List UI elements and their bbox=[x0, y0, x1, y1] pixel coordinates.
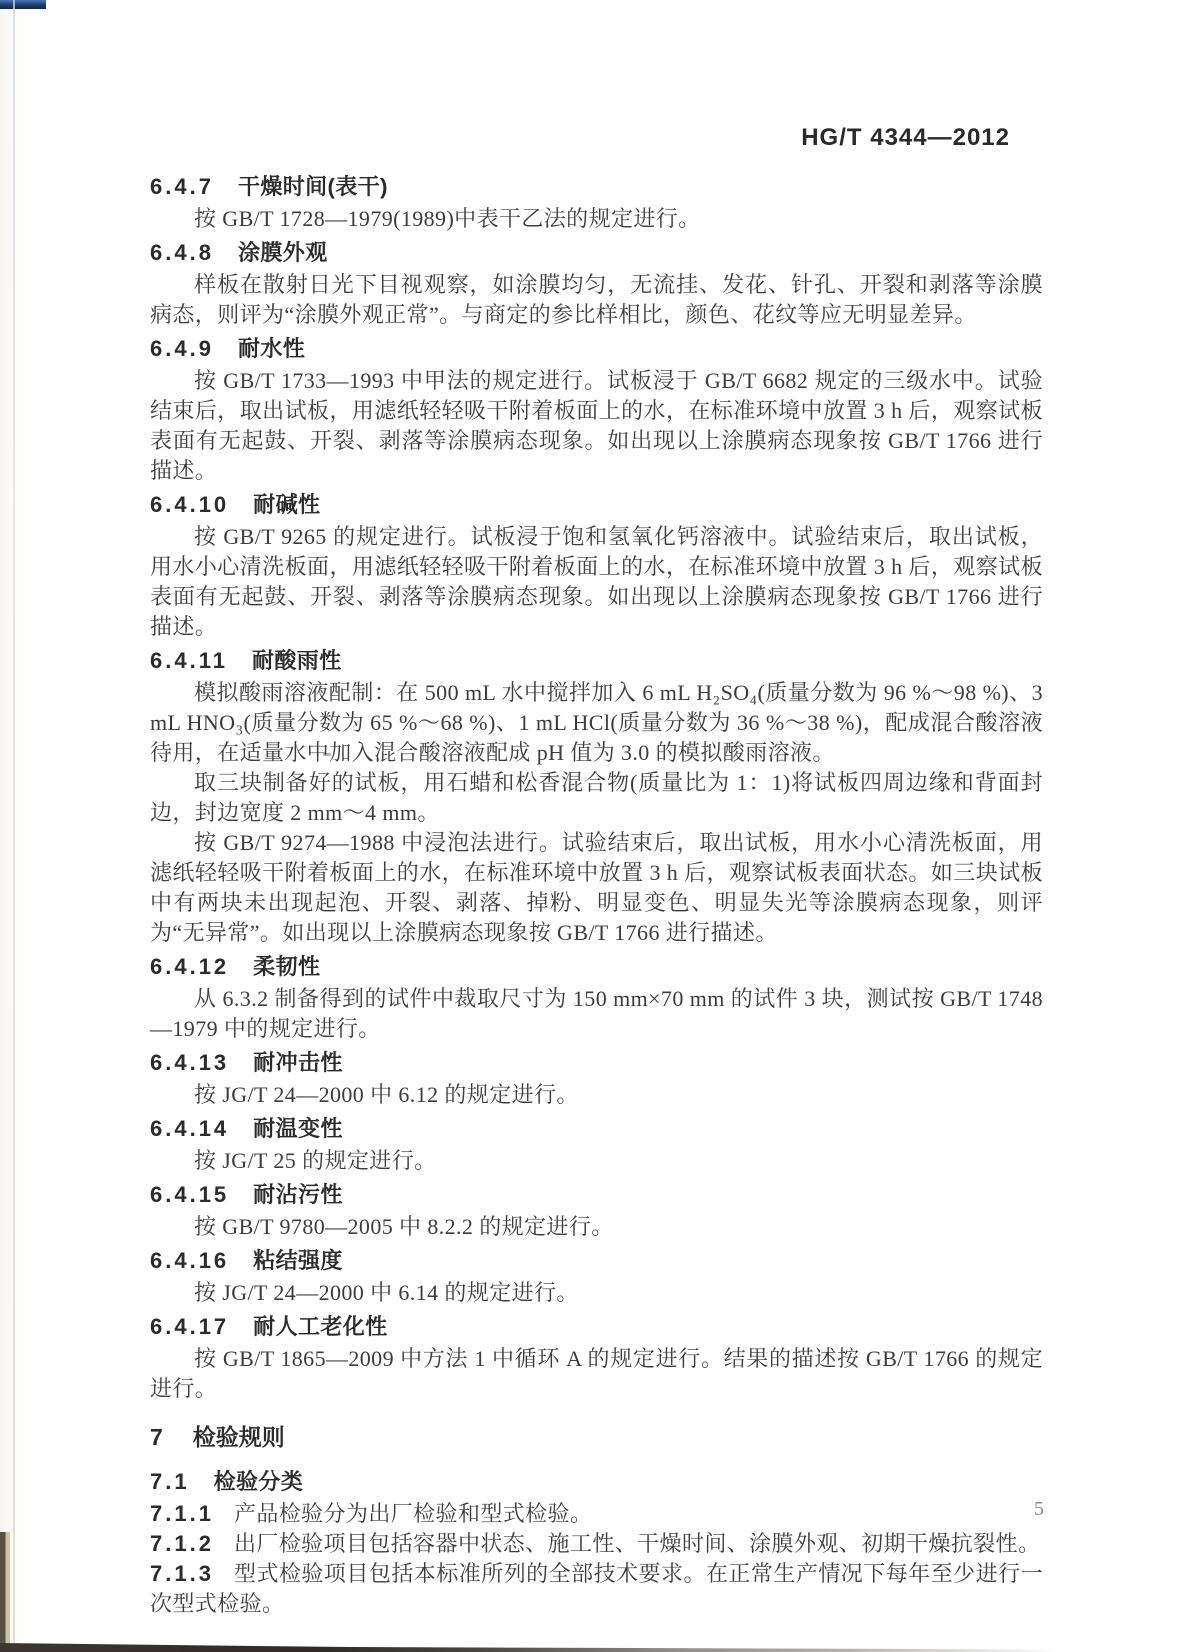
paragraph: 按 GB/T 1733—1993 中甲法的规定进行。试板浸于 GB/T 6682… bbox=[150, 366, 1043, 486]
clause-number: 6.4.9 bbox=[150, 336, 214, 361]
heading-6-4-9: 6.4.9耐水性 bbox=[150, 334, 1043, 364]
clause-title: 耐水性 bbox=[238, 336, 305, 361]
paragraph: 取三块制备好的试板，用石蜡和松香混合物(质量比为 1：1)将试板四周边缘和背面封… bbox=[150, 768, 1043, 828]
paragraph: 样板在散射日光下目视观察，如涂膜均匀，无流挂、发花、针孔、开裂和剥落等涂膜病态，… bbox=[150, 270, 1043, 330]
clause-number: 7.1.2 bbox=[150, 1531, 214, 1556]
clause-number: 6.4.7 bbox=[150, 174, 214, 199]
paragraph: 按 GB/T 1865—2009 中方法 1 中循环 A 的规定进行。结果的描述… bbox=[150, 1344, 1043, 1404]
heading-6-4-14: 6.4.14耐温变性 bbox=[150, 1114, 1043, 1144]
clause-number: 6.4.11 bbox=[150, 648, 228, 673]
clause-number: 7.1.1 bbox=[150, 1501, 214, 1526]
clause-7-1-3: 7.1.3型式检验项目包括本标准所列的全部技术要求。在正常生产情况下每年至少进行… bbox=[150, 1559, 1043, 1619]
clause-title: 耐冲击性 bbox=[253, 1050, 343, 1075]
clause-title: 检验分类 bbox=[214, 1469, 304, 1494]
scan-corner-mark bbox=[0, 0, 46, 9]
clause-number: 6.4.16 bbox=[150, 1248, 229, 1273]
chapter-number: 7 bbox=[150, 1424, 165, 1450]
heading-6-4-16: 6.4.16粘结强度 bbox=[150, 1246, 1043, 1276]
clause-text: 型式检验项目包括本标准所列的全部技术要求。在正常生产情况下每年至少进行一次型式检… bbox=[150, 1561, 1043, 1616]
heading-6-4-10: 6.4.10耐碱性 bbox=[150, 490, 1043, 520]
clause-title: 耐酸雨性 bbox=[252, 648, 342, 673]
clause-number: 7.1.3 bbox=[150, 1561, 214, 1586]
clause-title: 干燥时间(表干) bbox=[238, 174, 388, 199]
paragraph: 按 JG/T 24—2000 中 6.12 的规定进行。 bbox=[150, 1080, 1043, 1110]
clause-title: 耐人工老化性 bbox=[253, 1314, 387, 1339]
paragraph: 按 GB/T 9274—1988 中浸泡法进行。试验结束后，取出试板，用水小心清… bbox=[150, 828, 1043, 948]
scanned-page: HG/T 4344—2012 6.4.7干燥时间(表干) 按 GB/T 1728… bbox=[0, 0, 1200, 1652]
clause-title: 涂膜外观 bbox=[238, 240, 328, 265]
heading-6-4-13: 6.4.13耐冲击性 bbox=[150, 1048, 1043, 1078]
page-edge-line bbox=[13, 0, 15, 1652]
document-body: 6.4.7干燥时间(表干) 按 GB/T 1728—1979(1989)中表干乙… bbox=[150, 168, 1043, 1619]
document-header: HG/T 4344—2012 bbox=[143, 124, 1043, 152]
paragraph: 从 6.3.2 制备得到的试件中裁取尺寸为 150 mm×70 mm 的试件 3… bbox=[150, 984, 1043, 1044]
clause-number: 7.1 bbox=[150, 1469, 190, 1494]
paragraph: 模拟酸雨溶液配制：在 500 mL 水中搅拌加入 6 mL H₂SO₄(质量分数… bbox=[150, 678, 1043, 768]
clause-number: 6.4.8 bbox=[150, 240, 214, 265]
clause-title: 耐温变性 bbox=[253, 1116, 343, 1141]
clause-number: 6.4.10 bbox=[150, 492, 229, 517]
paragraph: 按 GB/T 9780—2005 中 8.2.2 的规定进行。 bbox=[150, 1212, 1043, 1242]
heading-6-4-17: 6.4.17耐人工老化性 bbox=[150, 1312, 1043, 1342]
clause-7-1-1: 7.1.1产品检验分为出厂检验和型式检验。 bbox=[150, 1499, 1043, 1529]
page-number: 5 bbox=[1034, 1498, 1045, 1521]
heading-6-4-12: 6.4.12柔韧性 bbox=[150, 952, 1043, 982]
clause-number: 6.4.17 bbox=[150, 1314, 229, 1339]
clause-number: 6.4.13 bbox=[150, 1050, 229, 1075]
clause-number: 6.4.15 bbox=[150, 1182, 229, 1207]
scan-edge-strip bbox=[0, 1532, 10, 1652]
paragraph: 按 GB/T 9265 的规定进行。试板浸于饱和氢氧化钙溶液中。试验结束后，取出… bbox=[150, 522, 1043, 642]
paragraph: 按 JG/T 25 的规定进行。 bbox=[150, 1146, 1043, 1176]
paragraph: 按 JG/T 24—2000 中 6.14 的规定进行。 bbox=[150, 1278, 1043, 1308]
paragraph: 按 GB/T 1728—1979(1989)中表干乙法的规定进行。 bbox=[150, 204, 1043, 234]
heading-7-1: 7.1检验分类 bbox=[150, 1467, 1043, 1497]
heading-6-4-8: 6.4.8涂膜外观 bbox=[150, 238, 1043, 268]
clause-number: 6.4.12 bbox=[150, 954, 229, 979]
clause-7-1-2: 7.1.2出厂检验项目包括容器中状态、施工性、干燥时间、涂膜外观、初期干燥抗裂性… bbox=[150, 1529, 1043, 1559]
heading-6-4-15: 6.4.15耐沾污性 bbox=[150, 1180, 1043, 1210]
clause-title: 耐碱性 bbox=[253, 492, 320, 517]
scan-bottom-shadow bbox=[0, 1643, 1060, 1652]
chapter-title: 检验规则 bbox=[193, 1424, 285, 1450]
clause-title: 耐沾污性 bbox=[253, 1182, 343, 1207]
clause-number: 6.4.14 bbox=[150, 1116, 229, 1141]
clause-text: 产品检验分为出厂检验和型式检验。 bbox=[234, 1501, 592, 1526]
clause-title: 粘结强度 bbox=[253, 1248, 343, 1273]
heading-6-4-7: 6.4.7干燥时间(表干) bbox=[150, 172, 1043, 202]
clause-text: 出厂检验项目包括容器中状态、施工性、干燥时间、涂膜外观、初期干燥抗裂性。 bbox=[234, 1531, 1040, 1556]
clause-title: 柔韧性 bbox=[253, 954, 320, 979]
heading-7: 7检验规则 bbox=[150, 1422, 1043, 1452]
heading-6-4-11: 6.4.11耐酸雨性 bbox=[150, 646, 1043, 676]
